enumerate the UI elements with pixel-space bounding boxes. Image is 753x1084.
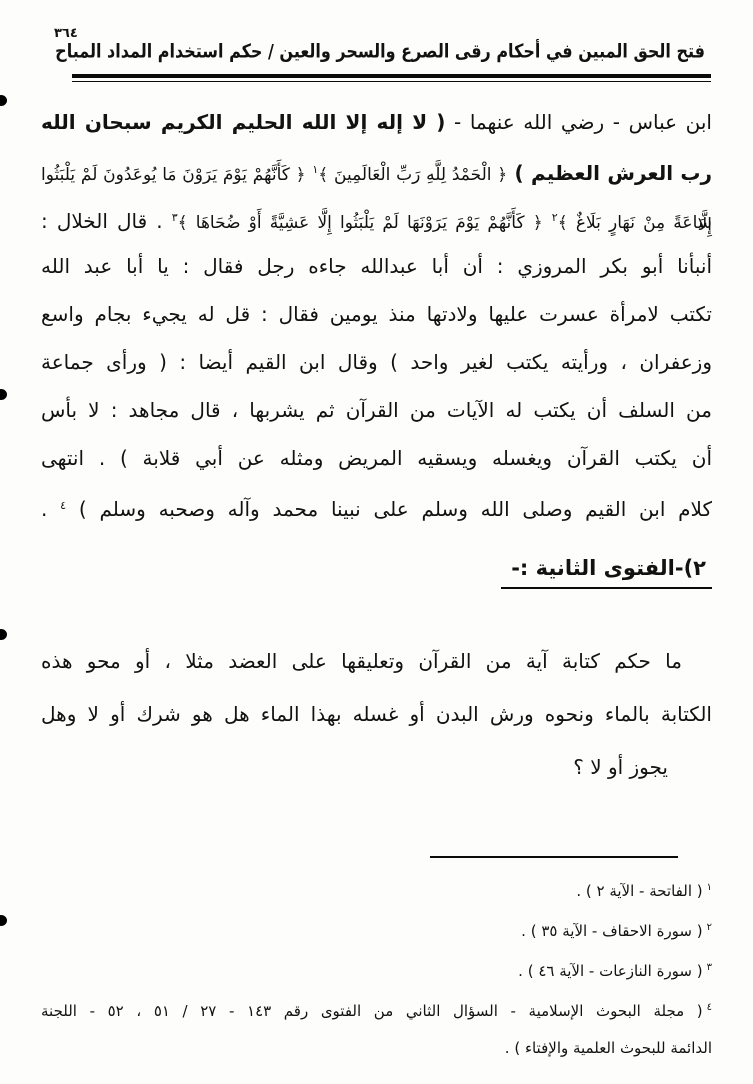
header-double-rule [72, 74, 711, 82]
section-heading-text: ٢)-الفتوى الثانية :- [501, 556, 712, 589]
text-segment: وزعفران ، ورأيته يكتب لغير واحد ) وقال ا… [41, 350, 712, 374]
page-header: ٣٦٤ فتح الحق المبين في أحكام رقى الصرع و… [0, 0, 753, 84]
text-line: يجوز أو لا ؟ [41, 741, 712, 794]
text-segment: ما حكم كتابة آية من القرآن وتعليقها على … [41, 649, 682, 673]
footnote-line: الدائمة للبحوث العلمية والإفتاء ) . [41, 1028, 712, 1068]
text-segment: من السلف أن يكتب له الآيات من القرآن ثم … [41, 398, 712, 422]
text-segment: أن يكتب القرآن ويغسله ويسقيه المريض ومثل… [41, 446, 712, 470]
text-segment: رب العرش العظيم ) [507, 161, 712, 185]
text-line: وزعفران ، ورأيته يكتب لغير واحد ) وقال ا… [41, 338, 712, 386]
text-line: من السلف أن يكتب له الآيات من القرآن ثم … [41, 386, 712, 434]
text-segment: أنبأنا أبو بكر المروزي : أن أبا عبدالله … [41, 254, 712, 278]
text-segment: تكتب لامرأة عسرت عليها ولادتها منذ يومين… [41, 302, 712, 326]
text-segment: الكتابة بالماء ونحوه ورش البدن أو غسله ب… [41, 702, 712, 726]
text-segment [543, 209, 552, 233]
text-line: كلام ابن القيم وصلى الله وسلم على نبينا … [41, 482, 712, 530]
footnote-text: ( الفاتحة - الآية ٢ ) . [576, 882, 702, 900]
text-segment: كلام ابن القيم وصلى الله وسلم على نبينا … [66, 497, 712, 521]
page-body: ابن عباس - رضي الله عنهما - ( لا إله إلا… [0, 84, 753, 794]
text-line: تكتب لامرأة عسرت عليها ولادتها منذ يومين… [41, 290, 712, 338]
footnote-line: ٢( سورة الاحقاف - الآية ٣٥ ) . [41, 908, 712, 948]
paragraph-question: ما حكم كتابة آية من القرآن وتعليقها على … [41, 635, 712, 794]
text-line: أن يكتب القرآن ويغسله ويسقيه المريض ومثل… [41, 434, 712, 482]
text-segment: . قال الخلال : [41, 209, 172, 233]
footnote-text: ( سورة الاحقاف - الآية ٣٥ ) . [521, 922, 702, 940]
text-line: الكتابة بالماء ونحوه ورش البدن أو غسله ب… [41, 688, 712, 741]
text-line: ما حكم كتابة آية من القرآن وتعليقها على … [41, 635, 712, 688]
header-title: فتح الحق المبين في أحكام رقى الصرع والسح… [60, 40, 705, 62]
text-segment: . [41, 497, 60, 521]
footnote-text: ( سورة النازعات - الآية ٤٦ ) . [518, 962, 702, 980]
footnote-separator-rule [430, 856, 678, 858]
footnote-line: ٤( مجلة البحوث الإسلامية - السؤال الثاني… [41, 988, 712, 1028]
text-segment: ( لا إله إلا الله الحليم الكريم سبحان ال… [41, 110, 445, 134]
text-line: رب العرش العظيم ) ﴿ الْحَمْدُ لِلَّهِ رَ… [41, 146, 712, 194]
footnote-line: ٣( سورة النازعات - الآية ٤٦ ) . [41, 948, 712, 988]
footnote-text: الدائمة للبحوث العلمية والإفتاء ) . [505, 1039, 712, 1057]
text-segment: ﴿ الْحَمْدُ لِلَّهِ رَبِّ الْعَالَمِينَ … [318, 165, 507, 185]
footnote-line: ١( الفاتحة - الآية ٢ ) . [41, 868, 712, 908]
text-line: أنبأنا أبو بكر المروزي : أن أبا عبدالله … [41, 242, 712, 290]
footnote-list: ١( الفاتحة - الآية ٢ ) .٢( سورة الاحقاف … [41, 868, 712, 1068]
footnote-text: ( مجلة البحوث الإسلامية - السؤال الثاني … [41, 1002, 703, 1020]
text-segment: ابن عباس - رضي الله عنهما - [445, 110, 712, 134]
footnote-marker: ٤ [707, 1002, 712, 1013]
text-line: ابن عباس - رضي الله عنهما - ( لا إله إلا… [41, 98, 712, 146]
scanned-book-page: ٣٦٤ فتح الحق المبين في أحكام رقى الصرع و… [0, 0, 753, 1084]
text-segment: ﴿ كَأَنَّهُمْ يَوْمَ يَرَوْنَهَا لَمْ يَ… [178, 213, 543, 233]
section-heading-fatwa-2: ٢)-الفتوى الثانية :- [41, 556, 712, 589]
page-number: ٣٦٤ [54, 26, 78, 41]
text-segment: سَاعَةً مِنْ نَهَارٍ بَلَاغٌ ﴾ [558, 213, 712, 233]
footnote-marker: ٣ [707, 962, 712, 973]
footnote-marker: ٢ [707, 922, 712, 933]
footnotes-section: ١( الفاتحة - الآية ٢ ) .٢( سورة الاحقاف … [0, 856, 753, 1068]
text-segment: يجوز أو لا ؟ [573, 755, 668, 779]
text-line: سَاعَةً مِنْ نَهَارٍ بَلَاغٌ ﴾٢ ﴿ كَأَنَ… [41, 194, 712, 242]
footnote-marker: ١ [707, 882, 712, 893]
paragraph-hadith: ابن عباس - رضي الله عنهما - ( لا إله إلا… [41, 98, 712, 530]
